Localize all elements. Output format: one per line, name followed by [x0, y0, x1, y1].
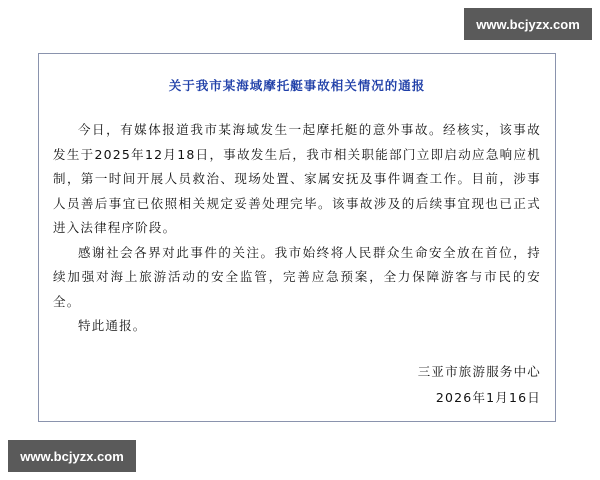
issue-date: 2026年1月16日 — [436, 388, 541, 406]
notice-document: 关于我市某海域摩托艇事故相关情况的通报 今日，有媒体报道我市某海域发生一起摩托艇… — [38, 53, 556, 422]
notice-body: 今日，有媒体报道我市某海域发生一起摩托艇的意外事故。经核实，该事故发生于2025… — [53, 118, 541, 339]
watermark-top: www.bcjyzx.com — [464, 8, 592, 40]
paragraph-1: 今日，有媒体报道我市某海域发生一起摩托艇的意外事故。经核实，该事故发生于2025… — [53, 118, 541, 241]
paragraph-2: 感谢社会各界对此事件的关注。我市始终将人民群众生命安全放在首位，持续加强对海上旅… — [53, 241, 541, 315]
issuer-name: 三亚市旅游服务中心 — [418, 362, 541, 380]
notice-title: 关于我市某海域摩托艇事故相关情况的通报 — [39, 76, 555, 94]
paragraph-3: 特此通报。 — [53, 314, 541, 339]
watermark-bottom: www.bcjyzx.com — [8, 440, 136, 472]
